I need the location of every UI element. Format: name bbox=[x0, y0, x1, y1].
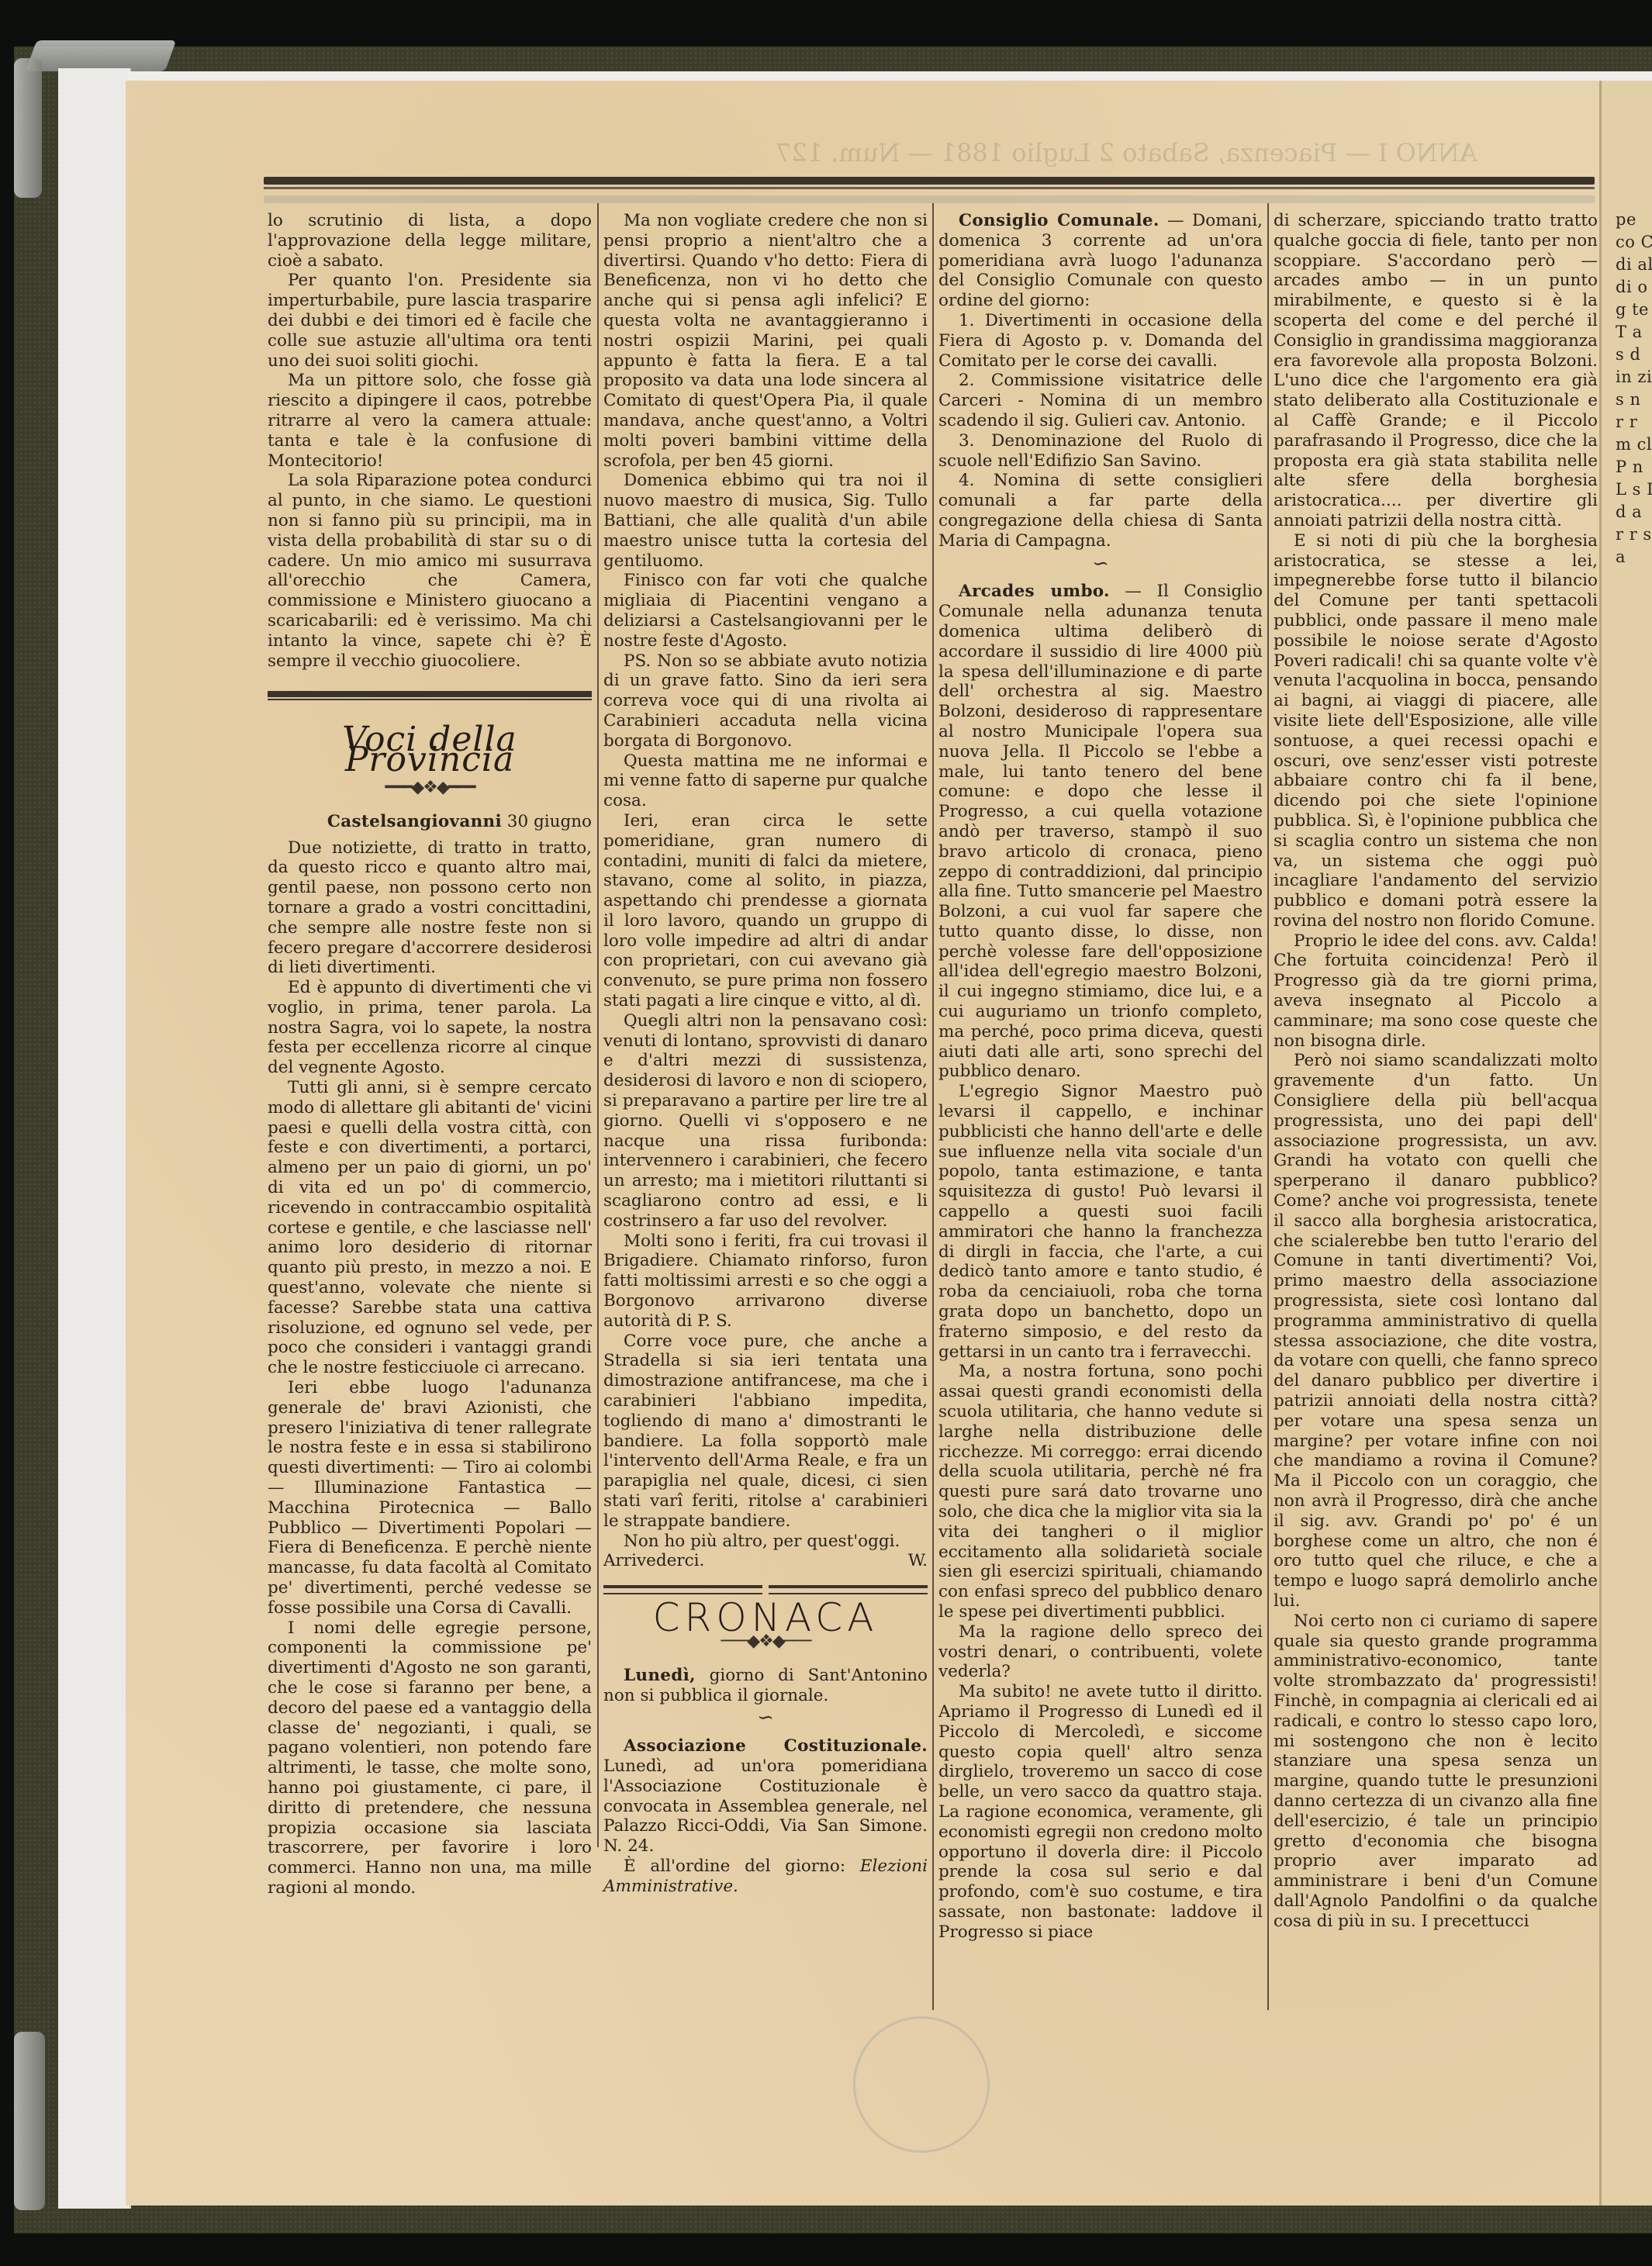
arcades-paragraph: Arcades umbo. — Il Consiglio Comunale ne… bbox=[938, 582, 1263, 1082]
paragraph: Ma non vogliate credere che non si pensi… bbox=[603, 211, 928, 471]
paragraph: Noi certo non ci curiamo di sapere quale… bbox=[1274, 1611, 1598, 1932]
cronaca-item: Lunedì, giorno di Sant'Antonino non si p… bbox=[603, 1666, 928, 1706]
header-rule-shadow bbox=[264, 195, 1595, 203]
paragraph: lo scrutinio di lista, a dopo l'approvaz… bbox=[268, 211, 592, 271]
farewell: Arrivederci. bbox=[603, 1551, 704, 1571]
column-4: di scherzare, spicciando tratto tratto q… bbox=[1274, 211, 1598, 1932]
paragraph: Proprio le idee del cons. avv. Calda! Ch… bbox=[1274, 931, 1598, 1052]
agenda-item-3: 3. Denominazione del Ruolo di scuole nel… bbox=[938, 431, 1263, 472]
agenda-item-4: 4. Nomina di sette consiglieri comunali … bbox=[938, 471, 1263, 551]
paragraph: di scherzare, spicciando tratto tratto q… bbox=[1274, 211, 1598, 531]
arcades-lead: Arcades umbo. bbox=[959, 582, 1110, 601]
consiglio-paragraph: Consiglio Comunale. — Domani, domenica 3… bbox=[938, 211, 1263, 311]
section-rule-thin bbox=[268, 699, 592, 700]
agenda-item-1: 1. Divertimenti in occasione della Fiera… bbox=[938, 311, 1263, 371]
next-page-fragment: pe co C di al di o g te T a s d in zi s … bbox=[1602, 81, 1652, 568]
signature-line: Arrivederci. W. bbox=[603, 1551, 928, 1571]
cronaca-item: Associazione Costituzionale. Lunedì, ad … bbox=[603, 1736, 928, 1857]
paragraph: Domenica ebbimo qui tra noi il nuovo mae… bbox=[603, 471, 928, 571]
section-title-cronaca: CRONACA bbox=[603, 1608, 928, 1629]
dateline-date: 30 giugno bbox=[507, 812, 592, 831]
paragraph: L'egregio Signor Maestro può levarsi il … bbox=[938, 1082, 1263, 1362]
paragraph: Ma un pittore solo, che fosse già riesci… bbox=[268, 371, 592, 471]
column-divider-3 bbox=[1267, 203, 1269, 2010]
closing-line: Non ho più altro, per quest'oggi. bbox=[603, 1532, 928, 1552]
cronaca-item-lead: Lunedì, bbox=[624, 1666, 696, 1685]
paragraph: Finisco con far voti che qualche migliai… bbox=[603, 571, 928, 651]
section-title-voci: Voci della Provincia bbox=[268, 730, 592, 770]
agenda-prefix: È all'ordine del giorno: bbox=[624, 1857, 845, 1876]
paragraph: E si noti di più che la borghesia aristo… bbox=[1274, 531, 1598, 931]
arcades-text: — Il Consiglio Comunale nella adunanza t… bbox=[938, 582, 1263, 1081]
header-rule bbox=[264, 177, 1595, 185]
agenda-line: È all'ordine del giorno: Elezioni Ammini… bbox=[603, 1857, 928, 1897]
paragraph: Corre voce pure, che anche a Stradella s… bbox=[603, 1332, 928, 1532]
header-rule-thin bbox=[264, 187, 1595, 189]
column-divider-2 bbox=[932, 203, 934, 2010]
paragraph: Ieri ebbe luogo l'adunanza generale de' … bbox=[268, 1378, 592, 1618]
paragraph: Quegli altri non la pensavano così: venu… bbox=[603, 1011, 928, 1231]
cronaca-item-lead: Associazione Costituzionale. bbox=[624, 1736, 928, 1756]
dateline-place: Castelsangiovanni bbox=[327, 812, 502, 831]
cronaca-item-text: Lunedì, ad un'ora pomeridiana l'Associaz… bbox=[603, 1756, 928, 1856]
paragraph: Tutti gli anni, si è sempre cercato modo… bbox=[268, 1078, 592, 1378]
dateline: Castelsangiovanni 30 giugno bbox=[268, 812, 592, 832]
agenda-item-2: 2. Commissione visitatrice delle Carceri… bbox=[938, 371, 1263, 430]
page-clip-top bbox=[26, 40, 177, 71]
paragraph: I nomi delle egregie persone, componenti… bbox=[268, 1618, 592, 1898]
paragraph: PS. Non so se abbiate avuto notizia di u… bbox=[603, 651, 928, 751]
paragraph: Ma, a nostra fortuna, sono pochi assai q… bbox=[938, 1362, 1263, 1622]
paragraph: Questa mattina me ne informai e mi venne… bbox=[603, 751, 928, 811]
paragraph: Molti sono i feriti, fra cui trovasi il … bbox=[603, 1231, 928, 1332]
page-clip-bottom bbox=[14, 2032, 45, 2210]
consiglio-lead: Consiglio Comunale. bbox=[959, 211, 1160, 230]
signature: W. bbox=[908, 1551, 928, 1571]
column-divider-1 bbox=[597, 203, 599, 1847]
cronaca-rule bbox=[603, 1585, 928, 1594]
section-rule bbox=[268, 691, 592, 697]
paragraph: Ieri, eran circa le sette pomeridiane, g… bbox=[603, 811, 928, 1011]
page-clip-side bbox=[14, 58, 42, 198]
ornament-divider: ━━━◆❖◆━━━ bbox=[268, 778, 592, 798]
column-2: Ma non vogliate credere che non si pensi… bbox=[603, 211, 928, 1897]
paragraph: Ma subito! ne avete tutto il diritto. Ap… bbox=[938, 1682, 1263, 1942]
bleed-through-header: ANNO I — Piacenza, Sabato 2 Luglio 1881 … bbox=[776, 138, 1477, 168]
column-1: lo scrutinio di lista, a dopo l'approvaz… bbox=[268, 211, 592, 1898]
swash-divider: ∽ bbox=[938, 554, 1263, 575]
column-3: Consiglio Comunale. — Domani, domenica 3… bbox=[938, 211, 1263, 1943]
swash-divider: ∽ bbox=[603, 1708, 928, 1729]
library-stamp bbox=[853, 2016, 990, 2153]
paragraph: Per quanto l'on. Presidente sia impertur… bbox=[268, 271, 592, 371]
paragraph: Ma la ragione dello spreco dei vostri de… bbox=[938, 1622, 1263, 1682]
next-page-edge: pe co C di al di o g te T a s d in zi s … bbox=[1599, 81, 1652, 2206]
ornament-divider: ───◆❖◆─── bbox=[603, 1632, 928, 1652]
paragraph: La sola Riparazione potea condurci al pu… bbox=[268, 471, 592, 671]
paragraph: Però noi siamo scandalizzati molto grave… bbox=[1274, 1051, 1598, 1611]
paragraph: Due notiziette, di tratto in tratto, da … bbox=[268, 838, 592, 979]
mounting-strip bbox=[58, 68, 131, 2209]
paragraph: Ed è appunto di divertimenti che vi vogl… bbox=[268, 978, 592, 1078]
